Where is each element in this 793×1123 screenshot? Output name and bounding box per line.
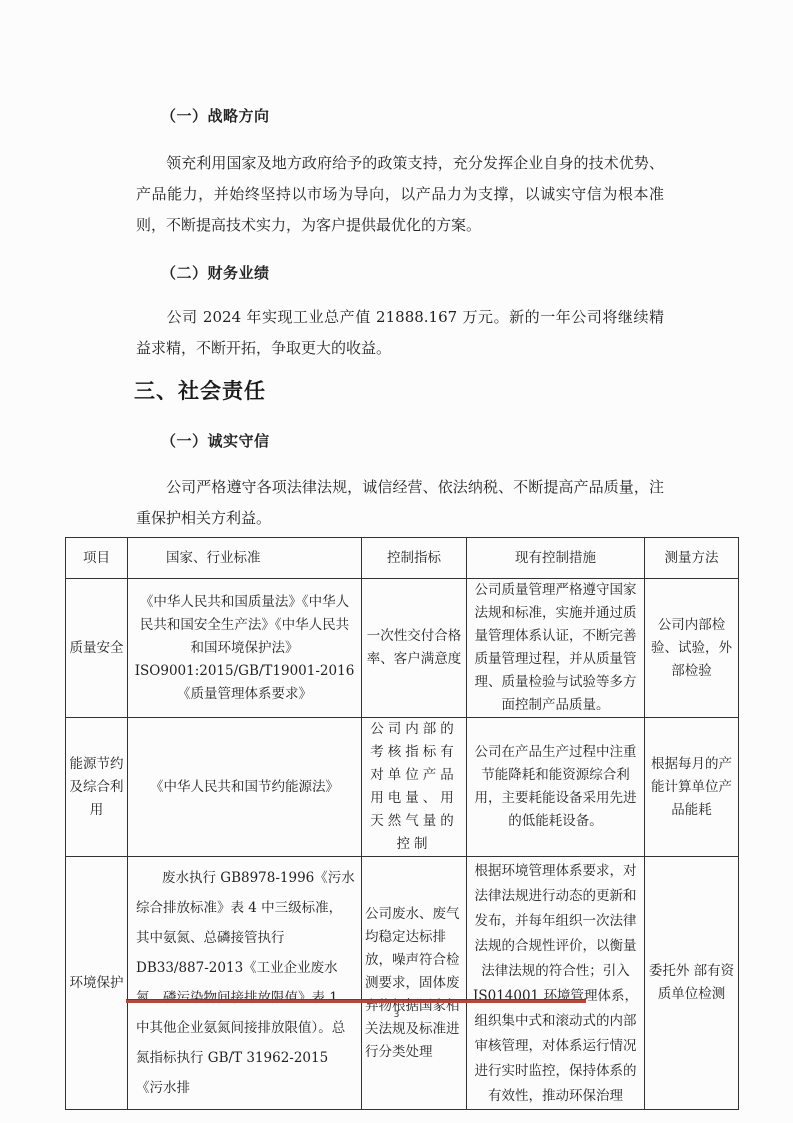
table-row: 能源节约及综合利用 《中华人民共和国节约能源法》 公司内部的考核指标有对单位产品…: [66, 718, 739, 857]
footer-rule: [126, 999, 586, 1003]
section-heading-social-responsibility: 三、社会责任: [134, 375, 266, 405]
header-standard: 国家、行业标准: [128, 538, 362, 579]
cell-indicator: 一次性交付合格率、客户满意度: [362, 579, 467, 718]
paragraph-strategy: 领充利用国家及地方政府给予的政策支持，充分发挥企业自身的技术优势、产品能力，并始…: [136, 148, 664, 241]
section-heading-integrity: （一）诚实守信: [161, 430, 270, 451]
cell-indicator: 公司废水、废气均稳定达标排放，噪声符合检测要求，固体废弃物根据国家相关法规及标准…: [362, 857, 467, 1110]
paragraph-integrity: 公司严格遵守各项法律法规，诚信经营、依法纳税、不断提高产品质量，注重保护相关方利…: [136, 472, 664, 534]
table-row: 质量安全 《中华人民共和国质量法》《中华人民共和国安全生产法》《中华人民共和国环…: [66, 579, 739, 718]
cell-item: 质量安全: [66, 579, 128, 718]
section-heading-finance: （二）财务业绩: [161, 262, 270, 283]
cell-method: 公司内部检验、试验，外部检验: [645, 579, 739, 718]
cell-method: 委托外 部有资质单位检测: [645, 857, 739, 1110]
cell-item: 环境保护: [66, 857, 128, 1110]
cell-standard-text: 废水执行 GB8978-1996《污水综合排放标准》表 4 中三级标准，其中氨氮…: [136, 870, 355, 1096]
cell-standard: 《中华人民共和国节约能源法》: [128, 718, 362, 857]
cell-item: 能源节约及综合利用: [66, 718, 128, 857]
header-method: 测量方法: [645, 538, 739, 579]
cell-measures: 根据环境管理体系要求，对法律法规进行动态的更新和发布，并每年组织一次法律法规的合…: [467, 857, 645, 1110]
paragraph-integrity-text: 公司严格遵守各项法律法规，诚信经营、依法纳税、不断提高产品质量，注重保护相关方利…: [136, 478, 664, 527]
header-item: 项目: [66, 538, 128, 579]
page-number: 3: [0, 1010, 793, 1020]
section-heading-strategy: （一）战略方向: [161, 105, 270, 126]
cell-indicator: 公司内部的考核指标有对单位产品用电量、用天然气量的控制: [362, 718, 467, 857]
cell-measures: 公司质量管理严格遵守国家法规和标准，实施并通过质量管理体系认证，不断完善质量管理…: [467, 579, 645, 718]
paragraph-finance: 公司 2024 年实现工业总产值 21888.167 万元。新的一年公司将继续精…: [136, 302, 664, 364]
header-measures: 现有控制措施: [467, 538, 645, 579]
cell-standard: 废水执行 GB8978-1996《污水综合排放标准》表 4 中三级标准，其中氨氮…: [128, 857, 362, 1110]
table-header-row: 项目 国家、行业标准 控制指标 现有控制措施 测量方法: [66, 538, 739, 579]
cell-standard: 《中华人民共和国质量法》《中华人民共和国安全生产法》《中华人民共和国环境保护法》…: [128, 579, 362, 718]
table-row: 环境保护 废水执行 GB8978-1996《污水综合排放标准》表 4 中三级标准…: [66, 857, 739, 1110]
responsibility-table: 项目 国家、行业标准 控制指标 现有控制措施 测量方法 质量安全 《中华人民共和…: [65, 537, 739, 1110]
paragraph-strategy-text: 领充利用国家及地方政府给予的政策支持，充分发挥企业自身的技术优势、产品能力，并始…: [136, 154, 664, 234]
header-indicator: 控制指标: [362, 538, 467, 579]
cell-measures: 公司在产品生产过程中注重节能降耗和能资源综合利用，主要耗能设备采用先进的低能耗设…: [467, 718, 645, 857]
cell-method: 根据每月的产能计算单位产品能耗: [645, 718, 739, 857]
paragraph-finance-text: 公司 2024 年实现工业总产值 21888.167 万元。新的一年公司将继续精…: [136, 308, 664, 357]
